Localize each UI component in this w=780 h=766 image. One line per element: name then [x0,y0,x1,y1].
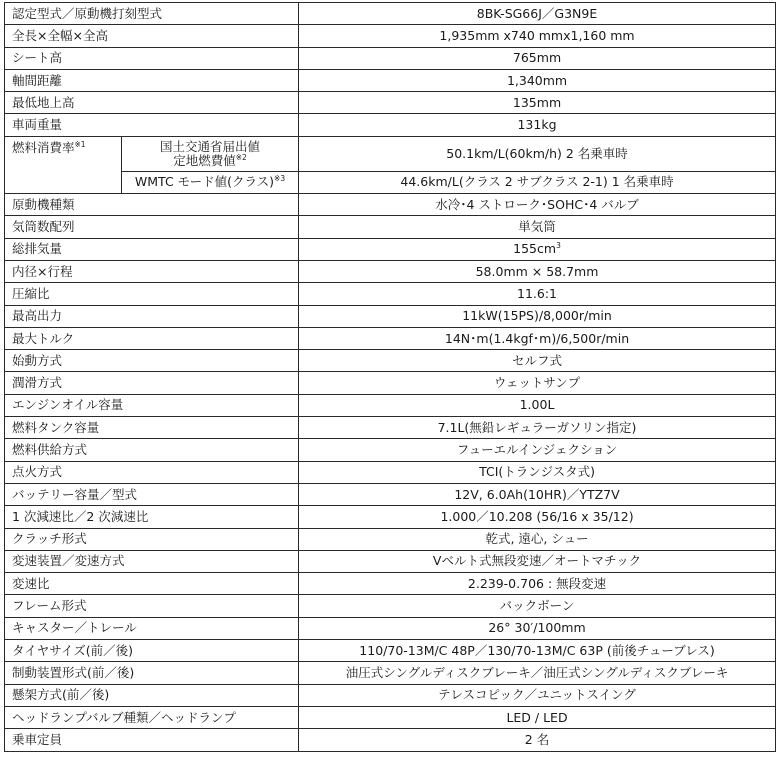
spec-label: エンジンオイル容量 [5,394,299,416]
spec-label: 潤滑方式 [5,372,299,394]
spec-label: バッテリー容量／型式 [5,483,299,505]
spec-value: 水冷･4 ストローク･SOHC･4 バルブ [299,194,776,216]
spec-value: 765mm [299,47,776,69]
footnote-mark: ※3 [274,174,285,183]
spec-value: 11kW(15PS)/8,000r/min [299,305,776,327]
spec-label: 全長×全幅×全高 [5,25,299,47]
table-row: ヘッドランプバルブ種類／ヘッドランプLED / LED [5,706,776,728]
spec-value: 110/70-13M/C 48P／130/70-13M/C 63P (前後チュー… [299,640,776,662]
spec-label: 最高出力 [5,305,299,327]
table-row: 乗車定員2 名 [5,729,776,751]
table-row: 始動方式セルフ式 [5,350,776,372]
spec-label: 最大トルク [5,327,299,349]
sublabel-line1: 国土交通省届出値 [122,140,298,154]
spec-value: 44.6km/L(クラス 2 サブクラス 2-1) 1 名乗車時 [299,171,776,193]
spec-value: 油圧式シングルディスクブレーキ／油圧式シングルディスクブレーキ [299,662,776,684]
spec-value: 12V, 6.0Ah(10HR)／YTZ7V [299,483,776,505]
spec-value: Vベルト式無段変速／オートマチック [299,550,776,572]
table-row: 懸架方式(前／後)テレスコピック／ユニットスイング [5,684,776,706]
spec-value: 1.000／10.208 (56/16 x 35/12) [299,506,776,528]
fuel-sublabel-mlit: 国土交通省届出値 定地燃費値※2 [122,136,299,171]
spec-label: ヘッドランプバルブ種類／ヘッドランプ [5,706,299,728]
spec-value: TCI(トランジスタ式) [299,461,776,483]
spec-value: テレスコピック／ユニットスイング [299,684,776,706]
spec-label: 軸間距離 [5,69,299,91]
spec-value: バックボーン [299,595,776,617]
spec-label: 燃料供給方式 [5,439,299,461]
spec-value: 7.1L(無鉛レギュラーガソリン指定) [299,417,776,439]
fuel-consumption-label: 燃料消費率※1 [5,136,122,193]
table-row-fuel-a: 燃料消費率※1 国土交通省届出値 定地燃費値※2 50.1km/L(60km/h… [5,136,776,171]
sublabel-text: WMTC モード値(クラス) [135,174,274,189]
superscript: 3 [556,241,561,250]
spec-value: 11.6:1 [299,283,776,305]
spec-label: 点火方式 [5,461,299,483]
spec-label: 始動方式 [5,350,299,372]
spec-value: 2.239-0.706 : 無段変速 [299,573,776,595]
spec-value: 58.0mm × 58.7mm [299,260,776,282]
spec-label: 変速比 [5,573,299,595]
spec-value: セルフ式 [299,350,776,372]
spec-value: 50.1km/L(60km/h) 2 名乗車時 [299,136,776,171]
spec-label: タイヤサイズ(前／後) [5,640,299,662]
spec-label: 燃料タンク容量 [5,417,299,439]
spec-label: 制動装置形式(前／後) [5,662,299,684]
spec-value: 131kg [299,114,776,136]
footnote-mark: ※1 [75,140,86,149]
spec-label: 乗車定員 [5,729,299,751]
table-row: 点火方式TCI(トランジスタ式) [5,461,776,483]
table-row: 最大トルク14N･m(1.4kgf･m)/6,500r/min [5,327,776,349]
table-row: エンジンオイル容量1.00L [5,394,776,416]
table-row: 全長×全幅×全高 1,935mm x740 mmx1,160 mm [5,25,776,47]
spec-label: 最低地上高 [5,92,299,114]
table-row: 制動装置形式(前／後)油圧式シングルディスクブレーキ／油圧式シングルディスクブレ… [5,662,776,684]
spec-label: フレーム形式 [5,595,299,617]
spec-label: 圧縮比 [5,283,299,305]
table-row: キャスター／トレール26° 30′/100mm [5,617,776,639]
table-row: クラッチ形式乾式, 遠心, シュー [5,528,776,550]
table-row: シート高 765mm [5,47,776,69]
spec-value: 8BK-SG66J／G3N9E [299,3,776,25]
spec-value: 26° 30′/100mm [299,617,776,639]
table-row: 潤滑方式ウェットサンプ [5,372,776,394]
spec-label: 1 次減速比／2 次減速比 [5,506,299,528]
table-row: 1 次減速比／2 次減速比1.000／10.208 (56/16 x 35/12… [5,506,776,528]
spec-value: 2 名 [299,729,776,751]
spec-value: 1,340mm [299,69,776,91]
table-row: 燃料供給方式フューエルインジェクション [5,439,776,461]
table-row: 車両重量 131kg [5,114,776,136]
sublabel-line2-text: 定地燃費値 [173,153,236,168]
spec-label: キャスター／トレール [5,617,299,639]
value-text: 155cm [513,241,556,256]
table-row: 総排気量155cm3 [5,238,776,260]
table-row: 最低地上高 135mm [5,92,776,114]
spec-value: 乾式, 遠心, シュー [299,528,776,550]
table-row: フレーム形式バックボーン [5,595,776,617]
table-row: 内径×行程58.0mm × 58.7mm [5,260,776,282]
table-row: 変速比2.239-0.706 : 無段変速 [5,573,776,595]
spec-label: 懸架方式(前／後) [5,684,299,706]
table-row: 圧縮比11.6:1 [5,283,776,305]
table-row: バッテリー容量／型式12V, 6.0Ah(10HR)／YTZ7V [5,483,776,505]
spec-label: 車両重量 [5,114,299,136]
spec-label: クラッチ形式 [5,528,299,550]
footnote-mark: ※2 [236,153,247,162]
table-row: 最高出力11kW(15PS)/8,000r/min [5,305,776,327]
spec-value: ウェットサンプ [299,372,776,394]
spec-label: 原動機種類 [5,194,299,216]
spec-value: 1.00L [299,394,776,416]
spec-label: 内径×行程 [5,260,299,282]
sublabel-line2: 定地燃費値※2 [122,154,298,168]
table-row: 気筒数配列単気筒 [5,216,776,238]
table-row: 燃料タンク容量7.1L(無鉛レギュラーガソリン指定) [5,417,776,439]
spec-label: 総排気量 [5,238,299,260]
spec-value: フューエルインジェクション [299,439,776,461]
spec-label: 変速装置／変速方式 [5,550,299,572]
spec-value: 14N･m(1.4kgf･m)/6,500r/min [299,327,776,349]
spec-value: 単気筒 [299,216,776,238]
spec-table: 認定型式／原動機打刻型式 8BK-SG66J／G3N9E 全長×全幅×全高 1,… [4,2,776,752]
spec-label: シート高 [5,47,299,69]
table-row: タイヤサイズ(前／後)110/70-13M/C 48P／130/70-13M/C… [5,640,776,662]
spec-label: 認定型式／原動機打刻型式 [5,3,299,25]
table-row: 軸間距離 1,340mm [5,69,776,91]
spec-value: 155cm3 [299,238,776,260]
spec-label: 気筒数配列 [5,216,299,238]
fuel-sublabel-wmtc: WMTC モード値(クラス)※3 [122,171,299,193]
spec-value: LED / LED [299,706,776,728]
table-row: 変速装置／変速方式Vベルト式無段変速／オートマチック [5,550,776,572]
table-row: 原動機種類水冷･4 ストローク･SOHC･4 バルブ [5,194,776,216]
spec-value: 135mm [299,92,776,114]
table-row: 認定型式／原動機打刻型式 8BK-SG66J／G3N9E [5,3,776,25]
fuel-label-text: 燃料消費率 [12,140,75,155]
spec-value: 1,935mm x740 mmx1,160 mm [299,25,776,47]
